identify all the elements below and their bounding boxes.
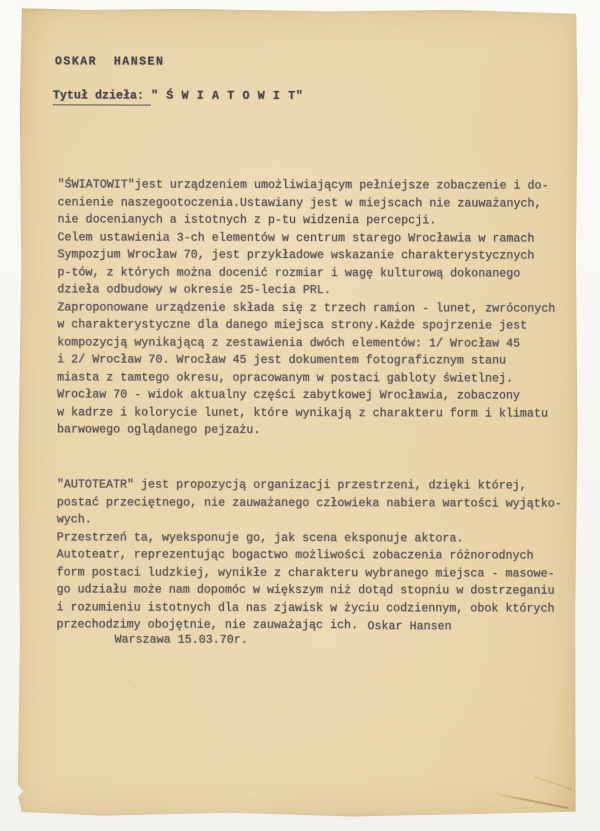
text-line: kompozycją wynikającą z zestawienia dwóc… <box>57 334 572 353</box>
text-line: Celem ustawienia 3-ch elementów w centru… <box>57 229 572 248</box>
title-label: Tytuł dzieła: <box>53 88 151 105</box>
text-line: postać przeciętnego, nie zauważanego czł… <box>57 494 572 513</box>
document-page: OSKAR HANSEN Tytuł dzieła: " Ś W I A T O… <box>17 8 579 817</box>
text-line: "AUTOTEATR" jest propozycją organizacji … <box>57 476 572 495</box>
title-line: Tytuł dzieła: " Ś W I A T O W I T" <box>53 88 304 103</box>
signature: Oskar Hansen <box>367 619 451 633</box>
text-line: cenienie naszegootoczenia.Ustawiany jest… <box>58 194 573 213</box>
text-line: i 2/ Wrocław 70. Wrocław 45 jest dokumen… <box>57 351 572 370</box>
paper-crease-small <box>534 776 572 789</box>
text-line: i rozumieniu istotnych dla nas zjawisk w… <box>56 599 571 618</box>
text-line: p-tów, z których można docenić rozmiar i… <box>57 264 572 283</box>
section-autoteatr: "AUTOTEATR" jest propozycją organizacji … <box>56 476 571 635</box>
title-value: " Ś W I A T O W I T" <box>151 89 303 103</box>
author-name: OSKAR HANSEN <box>55 54 164 68</box>
typed-body: "ŚWIATOWIT"jest urządzeniem umożliwiając… <box>56 148 572 663</box>
text-line: wych. <box>57 511 572 530</box>
section-swiatowit: "ŚWIATOWIT"jest urządzeniem umożliwiając… <box>57 176 573 440</box>
scan-background: OSKAR HANSEN Tytuł dzieła: " Ś W I A T O… <box>0 0 600 831</box>
text-line: Wrocław 70 - widok aktualny części zabyt… <box>57 386 572 405</box>
text-line: barwowego oglądanego pejzażu. <box>57 421 572 440</box>
text-line: Sympozjum Wrocław 70, jest przykładowe w… <box>57 246 572 265</box>
text-line: Autoteatr, reprezentując bogactwo możliw… <box>57 546 572 565</box>
text-line: w charakterystyczne dla danego miejsca s… <box>57 316 572 335</box>
footer-line: Warszawa 15.03.70r. Oskar Hansen <box>72 618 552 637</box>
text-line: nie docenianych a istotnych z p-tu widze… <box>57 211 572 230</box>
paper-crease <box>492 792 569 809</box>
text-line: form postaci ludzkiej, wynikłe z charakt… <box>57 564 572 583</box>
text-line: w kadrze i kolorycie lunet, które wynika… <box>57 404 572 423</box>
text-line: Zaproponowane urządzenie składa się z tr… <box>57 299 572 318</box>
text-line: "ŚWIATOWIT"jest urządzeniem umożliwiając… <box>58 176 573 195</box>
place-date: Warszawa 15.03.70r. <box>114 633 247 647</box>
text-line: Przestrzeń ta, wyeksponuje go, jak scena… <box>57 529 572 548</box>
text-line: miasta z tamtego okresu, opracowanym w p… <box>57 369 572 388</box>
text-line: go udziału może nam dopomóc w większym n… <box>57 581 572 600</box>
text-line: dzieła odbudowy w okresie 25-lecia PRL. <box>57 281 572 300</box>
